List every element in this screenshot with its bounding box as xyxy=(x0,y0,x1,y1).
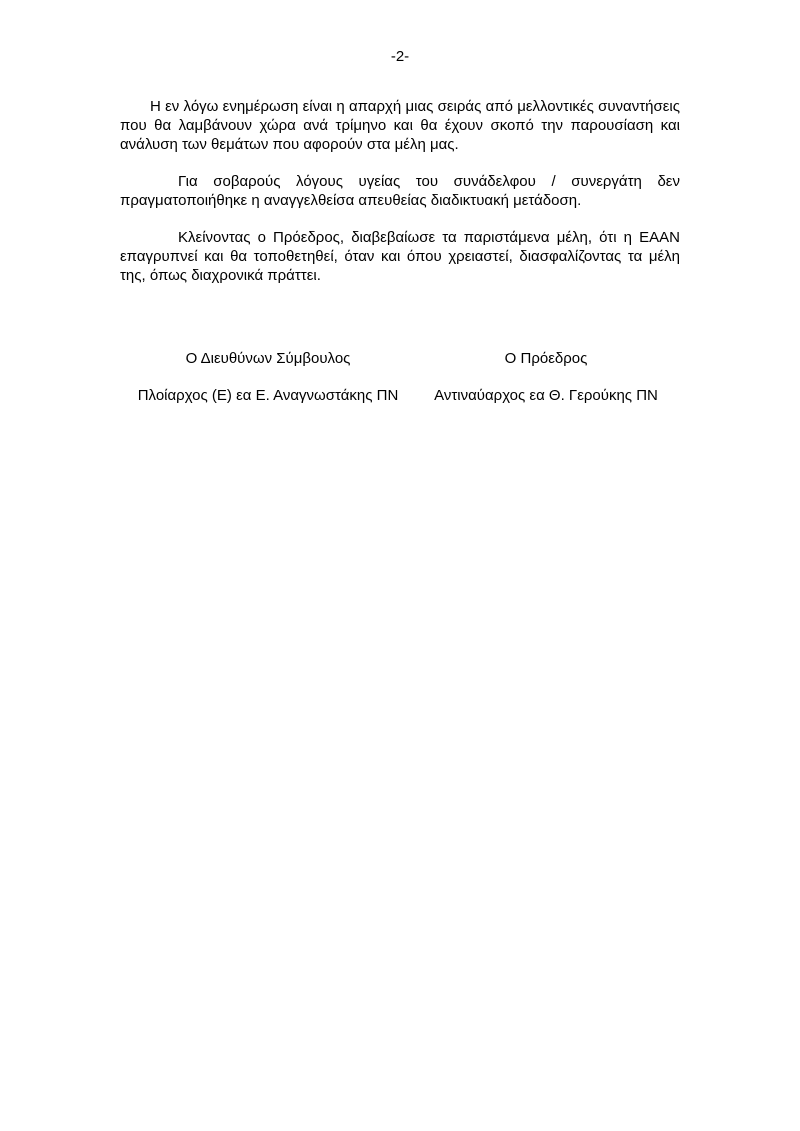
signature-title: Ο Διευθύνων Σύμβουλος xyxy=(118,349,418,368)
page-number: -2- xyxy=(0,48,800,65)
paragraph-meeting-series: Η εν λόγω ενημέρωση είναι η απαρχή μιας … xyxy=(120,97,680,154)
signature-name: Πλοίαρχος (Ε) εα Ε. Αναγνωστάκης ΠΝ xyxy=(118,386,418,405)
paragraph-closing-remarks: Κλείνοντας ο Πρόεδρος, διαβεβαίωσε τα πα… xyxy=(120,228,680,285)
signature-name: Αντιναύαρχος εα Θ. Γερούκης ΠΝ xyxy=(396,386,696,405)
signature-title: Ο Πρόεδρος xyxy=(396,349,696,368)
paragraph-broadcast-cancelled: Για σοβαρούς λόγους υγείας του συνάδελφο… xyxy=(120,172,680,210)
